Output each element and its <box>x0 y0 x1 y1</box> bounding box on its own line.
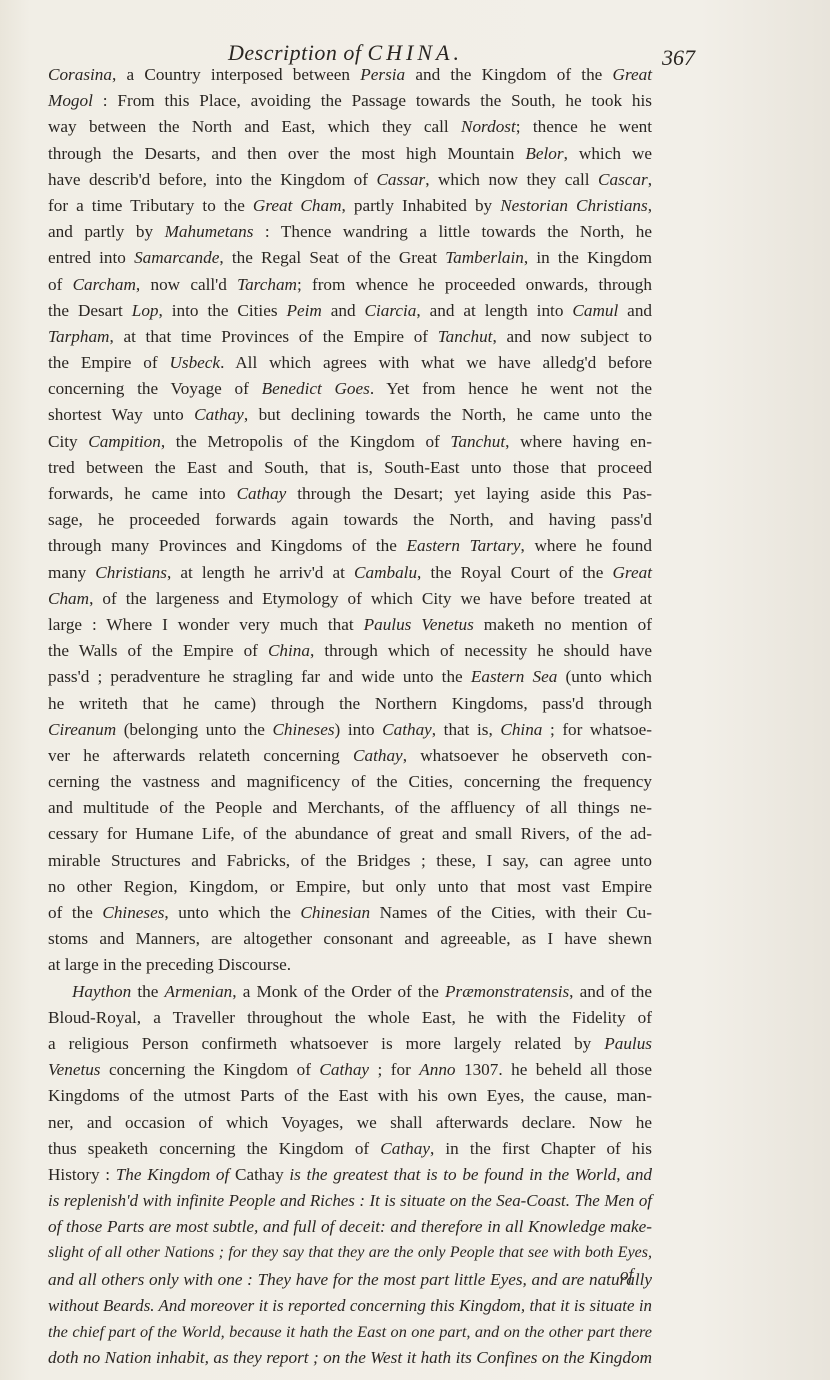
text-line: without Beards. And moreover it is repor… <box>48 1293 652 1319</box>
text-segment: of <box>48 275 73 294</box>
italic-segment: Tamberlain <box>445 248 524 267</box>
italic-segment: The Kingdom of <box>116 1165 230 1184</box>
text-line: ner, and occasion of which Voyages, we s… <box>48 1110 652 1136</box>
text-line: Bloud-Royal, a Traveller throughout the … <box>48 1005 652 1031</box>
italic-segment: slight of all other Nations ; for they s… <box>48 1244 652 1261</box>
italic-segment: Paulus <box>604 1034 652 1053</box>
text-segment: , whatsoever he observeth con- <box>403 746 652 765</box>
text-segment: Names of the Cities, with their Cu- <box>370 903 652 922</box>
text-segment: have describ'd before, into the Kingdom … <box>48 170 376 189</box>
text-segment: , and now subject to <box>492 327 652 346</box>
text-segment: Kingdoms of the utmost Parts of the East… <box>48 1086 652 1105</box>
text-segment: , in the first Chapter of his <box>430 1139 652 1158</box>
italic-segment: Anno <box>419 1060 455 1079</box>
italic-segment: the chief part of the World, because it … <box>48 1322 652 1341</box>
italic-segment: Cathay <box>319 1060 369 1079</box>
text-segment: , <box>648 170 652 189</box>
italic-segment: is the greatest that is to be found in t… <box>289 1165 616 1184</box>
text-segment: ver he afterwards relateth concerning <box>48 746 353 765</box>
italic-segment: Chineses <box>272 720 334 739</box>
italic-segment: Eastern Tartary <box>407 536 521 555</box>
text-segment: a religious Person confirmeth whatsoever… <box>48 1034 604 1053</box>
text-line: the chief part of the World, because it … <box>48 1319 652 1345</box>
text-segment: ; for whatsoe- <box>542 720 652 739</box>
italic-segment: Corasina <box>48 65 112 84</box>
italic-segment: Chinesian <box>300 903 370 922</box>
text-segment: , where having en- <box>505 432 652 451</box>
italic-segment: Tanchut <box>450 432 505 451</box>
text-segment: , where he found <box>521 536 652 555</box>
text-segment: , at that time Provinces of the Empire o… <box>109 327 437 346</box>
text-line: no other Region, Kingdom, or Empire, but… <box>48 874 652 900</box>
text-line: through the Desarts, and then over the m… <box>48 141 652 167</box>
italic-segment: Samarcande <box>134 248 219 267</box>
italic-segment: Great <box>613 65 652 84</box>
text-line: sage, he proceeded forwards again toward… <box>48 507 652 533</box>
text-segment: , the Metropolis of the Kingdom of <box>161 432 451 451</box>
text-segment: ner, and occasion of which Voyages, we s… <box>48 1113 652 1132</box>
text-segment: : Thence wandring a little towards the N… <box>253 222 652 241</box>
text-segment: , and of the <box>569 982 652 1001</box>
italic-segment: and all others only with one : They have… <box>48 1270 652 1289</box>
text-segment: , now call'd <box>136 275 237 294</box>
italic-segment: Cathay <box>194 405 244 424</box>
text-line: is replenish'd with infinite People and … <box>48 1188 652 1214</box>
italic-segment: Mogol <box>48 91 93 110</box>
text-line: Cireanum (belonging unto the Chineses) i… <box>48 717 652 743</box>
text-line: mirable Structures and Fabricks, of the … <box>48 848 652 874</box>
text-segment: cerning the vastness and magnificency of… <box>48 772 652 791</box>
text-line: Mogol : From this Place, avoiding the Pa… <box>48 88 652 114</box>
text-segment: , which now they call <box>425 170 598 189</box>
italic-segment: Peim <box>286 301 321 320</box>
page-number: 367 <box>662 45 695 71</box>
text-line: thus speaketh concerning the Kingdom of … <box>48 1136 652 1162</box>
text-segment: , partly Inhabited by <box>342 196 501 215</box>
text-line: a religious Person confirmeth whatsoever… <box>48 1031 652 1057</box>
text-line: cerning the vastness and magnificency of… <box>48 769 652 795</box>
text-line: way between the North and East, which th… <box>48 114 652 140</box>
text-line: ver he afterwards relateth concerning Ca… <box>48 743 652 769</box>
text-segment: the Desart <box>48 301 132 320</box>
text-segment: the Empire of <box>48 353 169 372</box>
text-segment: : From this Place, avoiding the Passage … <box>93 91 652 110</box>
text-segment: through many Provinces and Kingdoms of t… <box>48 536 407 555</box>
italic-segment: Great Cham <box>253 196 342 215</box>
text-line: Corasina, a Country interposed between P… <box>48 62 652 88</box>
text-segment: thus speaketh concerning the Kingdom of <box>48 1139 380 1158</box>
text-line: of those Parts are most subtle, and full… <box>48 1214 652 1240</box>
italic-segment: China <box>268 641 310 660</box>
italic-segment: Usbeck <box>169 353 220 372</box>
text-segment: and <box>618 301 652 320</box>
text-line: and multitude of the People and Merchant… <box>48 795 652 821</box>
body-text: Corasina, a Country interposed between P… <box>48 62 652 1371</box>
italic-segment: without Beards. And moreover it is repor… <box>48 1296 652 1315</box>
text-line: tred between the East and South, that is… <box>48 455 652 481</box>
italic-segment: Haython <box>72 982 131 1001</box>
text-segment: , a Monk of the Order of the <box>232 982 445 1001</box>
text-segment: of the <box>48 903 102 922</box>
text-segment: sage, he proceeded forwards again toward… <box>48 510 652 529</box>
text-line: concerning the Voyage of Benedict Goes. … <box>48 376 652 402</box>
text-segment: City <box>48 432 88 451</box>
text-line: shortest Way unto Cathay, but declining … <box>48 402 652 428</box>
italic-segment: is replenish'd with infinite People and … <box>48 1191 652 1210</box>
text-line: doth no Nation inhabit, as they report ;… <box>48 1345 652 1371</box>
italic-segment: Carcham <box>73 275 136 294</box>
text-segment: , and at length into <box>416 301 572 320</box>
italic-segment: Belor <box>525 144 563 163</box>
text-segment: , in the Kingdom <box>524 248 652 267</box>
text-segment: , unto which the <box>164 903 300 922</box>
text-line: forwards, he came into Cathay through th… <box>48 481 652 507</box>
text-segment: large : Where I wonder very much that <box>48 615 364 634</box>
italic-segment: Cambalu <box>354 563 417 582</box>
text-segment: Cathay <box>229 1165 289 1184</box>
text-segment: , but declining towards the North, he ca… <box>244 405 652 424</box>
text-segment: entred into <box>48 248 134 267</box>
text-line: Venetus concerning the Kingdom of Cathay… <box>48 1057 652 1083</box>
text-segment: he writeth that he came) through the Nor… <box>48 694 652 713</box>
text-segment: and multitude of the People and Merchant… <box>48 798 652 817</box>
text-segment: no other Region, Kingdom, or Empire, but… <box>48 877 652 896</box>
text-segment: concerning the Voyage of <box>48 379 262 398</box>
italic-segment: Cireanum <box>48 720 116 739</box>
text-segment: . Yet from hence he went not the <box>370 379 652 398</box>
italic-segment: China <box>500 720 542 739</box>
italic-segment: Præmonstratensis <box>445 982 569 1001</box>
text-line: and partly by Mahumetans : Thence wandri… <box>48 219 652 245</box>
text-line: through many Provinces and Kingdoms of t… <box>48 533 652 559</box>
italic-segment: Lop <box>132 301 159 320</box>
text-line: have describ'd before, into the Kingdom … <box>48 167 652 193</box>
text-segment: for a time Tributary to the <box>48 196 253 215</box>
text-segment: , the Royal Court of the <box>417 563 612 582</box>
text-segment: ; thence he went <box>516 117 652 136</box>
text-segment: ) into <box>335 720 383 739</box>
text-segment: pass'd ; peradventure he stragling far a… <box>48 667 471 686</box>
text-segment: (belonging unto the <box>116 720 272 739</box>
catchword: of <box>620 1265 633 1285</box>
text-line: History : The Kingdom of Cathay is the g… <box>48 1162 652 1188</box>
text-line: for a time Tributary to the Great Cham, … <box>48 193 652 219</box>
text-line: large : Where I wonder very much that Pa… <box>48 612 652 638</box>
italic-segment: of those Parts are most subtle, and full… <box>48 1217 652 1236</box>
text-line: slight of all other Nations ; for they s… <box>48 1240 652 1266</box>
italic-segment: Persia <box>360 65 405 84</box>
text-segment: , a Country interposed between <box>112 65 360 84</box>
italic-segment: Tarcham <box>237 275 297 294</box>
italic-segment: Paulus Venetus <box>364 615 474 634</box>
text-line: pass'd ; peradventure he stragling far a… <box>48 664 652 690</box>
text-line: stoms and Manners, are altogether conson… <box>48 926 652 952</box>
text-segment: and partly by <box>48 222 165 241</box>
text-segment: shortest Way unto <box>48 405 194 424</box>
italic-segment: Armenian <box>164 982 232 1001</box>
text-segment: concerning the Kingdom of <box>101 1060 320 1079</box>
text-line: the Walls of the Empire of China, throug… <box>48 638 652 664</box>
italic-segment: Camul <box>572 301 618 320</box>
italic-segment: Great <box>613 563 652 582</box>
text-segment: and the Kingdom of the <box>405 65 612 84</box>
text-segment: Bloud-Royal, a Traveller throughout the … <box>48 1008 652 1027</box>
text-segment: , which we <box>564 144 652 163</box>
text-segment: tred between the East and South, that is… <box>48 458 652 477</box>
text-segment: way between the North and East, which th… <box>48 117 461 136</box>
text-segment: forwards, he came into <box>48 484 237 503</box>
italic-segment: Cathay <box>382 720 432 739</box>
text-line: Kingdoms of the utmost Parts of the East… <box>48 1083 652 1109</box>
text-line: of Carcham, now call'd Tarcham; from whe… <box>48 272 652 298</box>
text-segment: through the Desarts, and then over the m… <box>48 144 525 163</box>
text-line: the Desart Lop, into the Cities Peim and… <box>48 298 652 324</box>
italic-segment: Venetus <box>48 1060 101 1079</box>
italic-segment: Campition <box>88 432 161 451</box>
text-segment: . All which agrees with what we have all… <box>220 353 652 372</box>
italic-segment: Cathay <box>380 1139 430 1158</box>
text-line: Cham, of the largeness and Etymology of … <box>48 586 652 612</box>
text-segment: the <box>131 982 164 1001</box>
italic-segment: and <box>626 1165 652 1184</box>
italic-segment: Cathay <box>353 746 403 765</box>
italic-segment: Benedict Goes <box>262 379 370 398</box>
italic-segment: Cassar <box>376 170 425 189</box>
text-segment: cessary for Humane Life, of the abundanc… <box>48 824 652 843</box>
text-segment: (unto which <box>557 667 652 686</box>
text-segment: maketh no mention of <box>474 615 652 634</box>
text-segment: ; from whence he proceeded onwards, thro… <box>297 275 652 294</box>
text-segment: , that is, <box>432 720 501 739</box>
italic-segment: Tanchut <box>438 327 493 346</box>
text-segment: History : <box>48 1165 116 1184</box>
text-line: and all others only with one : They have… <box>48 1267 652 1293</box>
text-segment: , <box>616 1165 626 1184</box>
italic-segment: doth no Nation inhabit, as they report ;… <box>48 1348 652 1367</box>
text-segment: , into the Cities <box>159 301 287 320</box>
text-segment: the Walls of the Empire of <box>48 641 268 660</box>
italic-segment: Cascar <box>598 170 648 189</box>
text-segment: stoms and Manners, are altogether conson… <box>48 929 652 948</box>
text-segment: , the Regal Seat of the Great <box>219 248 445 267</box>
text-line: of the Chineses, unto which the Chinesia… <box>48 900 652 926</box>
text-segment: many <box>48 563 95 582</box>
italic-segment: Cathay <box>237 484 287 503</box>
book-page: Description of CHINA. 367 Corasina, a Co… <box>0 0 830 1380</box>
italic-segment: Chineses <box>102 903 164 922</box>
text-segment: , at length he arriv'd at <box>167 563 354 582</box>
text-line: cessary for Humane Life, of the abundanc… <box>48 821 652 847</box>
italic-segment: Tarpham <box>48 327 109 346</box>
text-line: Haython the Armenian, a Monk of the Orde… <box>48 979 652 1005</box>
text-line: entred into Samarcande, the Regal Seat o… <box>48 245 652 271</box>
text-line: the Empire of Usbeck. All which agrees w… <box>48 350 652 376</box>
text-segment: , of the largeness and Etymology of whic… <box>89 589 652 608</box>
text-segment: , <box>648 196 652 215</box>
text-segment: 1307. he beheld all those <box>456 1060 652 1079</box>
text-line: Tarpham, at that time Provinces of the E… <box>48 324 652 350</box>
italic-segment: Mahumetans <box>165 222 254 241</box>
text-line: he writeth that he came) through the Nor… <box>48 691 652 717</box>
text-segment: ; for <box>369 1060 419 1079</box>
text-segment: at large in the preceding Discourse. <box>48 955 291 974</box>
text-line: City Campition, the Metropolis of the Ki… <box>48 429 652 455</box>
text-line: at large in the preceding Discourse. <box>48 952 652 978</box>
italic-segment: Eastern Sea <box>471 667 557 686</box>
italic-segment: Nordost <box>461 117 516 136</box>
text-segment: and <box>322 301 365 320</box>
text-line: many Christians, at length he arriv'd at… <box>48 560 652 586</box>
italic-segment: Nestorian Christians <box>500 196 648 215</box>
italic-segment: Ciarcia <box>365 301 417 320</box>
text-segment: mirable Structures and Fabricks, of the … <box>48 851 652 870</box>
italic-segment: Christians <box>95 563 167 582</box>
text-segment: , through which of necessity he should h… <box>310 641 652 660</box>
italic-segment: Cham <box>48 589 89 608</box>
text-segment: through the Desart; yet laying aside thi… <box>286 484 652 503</box>
